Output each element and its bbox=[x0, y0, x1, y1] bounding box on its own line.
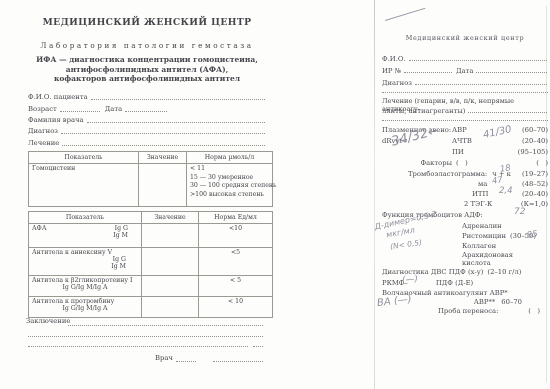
afa-ig-list: Ig G Ig M bbox=[113, 225, 138, 239]
chk-norm: (19–27) bbox=[522, 170, 548, 178]
assay-heading-line-2: антифосфолипидных антител (АФА), bbox=[20, 65, 274, 75]
annexin-label: Антитела к аннексину V bbox=[32, 249, 138, 256]
value-cell bbox=[142, 224, 199, 248]
afa-cell: АФА Ig G Ig M bbox=[29, 224, 142, 248]
homocysteine-norm-cell: < 11 15 — 30 умеренное 30 — 100 средняя … bbox=[187, 164, 273, 207]
handwritten-rkmf-value: (—) bbox=[402, 274, 419, 286]
factors-norm: ( ) bbox=[536, 159, 548, 167]
treatment-line bbox=[62, 139, 265, 146]
date-label: Дата bbox=[105, 105, 122, 113]
age-date-row: Возраст Дата bbox=[28, 105, 168, 113]
col-indicator: Показатель bbox=[29, 152, 139, 164]
norm-line: 15 — 30 умеренное bbox=[190, 174, 269, 183]
col-value: Значение bbox=[139, 152, 187, 164]
diagnosis-line bbox=[415, 78, 547, 85]
table-row: Антитела к протромбину Ig G/Ig M/Ig A < … bbox=[29, 297, 273, 318]
patient-fio-line bbox=[91, 93, 265, 100]
ristomycin-label: Ристомицин bbox=[462, 232, 506, 240]
treatment-note-line-2: лянты, антиагреганты) bbox=[382, 107, 465, 115]
table-header-row: Показатель Значение Норма Ед/мл bbox=[29, 212, 273, 224]
transfer-paren: ( ) bbox=[528, 307, 540, 315]
ig-line: Ig M bbox=[32, 263, 126, 270]
prothrombin-cell: Антитела к протромбину Ig G/Ig M/Ig A bbox=[29, 297, 142, 318]
treatment-note-line-2-row: лянты, антиагреганты) bbox=[382, 106, 548, 115]
doctor-line bbox=[87, 116, 265, 123]
arachidonic-label-1: Арахидоновая bbox=[462, 251, 513, 259]
norm-line: 30 — 100 средняя степень bbox=[190, 182, 269, 191]
assay-heading: ИФА — диагностика концентрации гомоцисте… bbox=[20, 55, 274, 84]
diagnosis-row: Диагноз bbox=[28, 127, 266, 135]
norm-cell: < 5 bbox=[199, 276, 273, 297]
handwritten-adf-value: 72 bbox=[514, 207, 525, 217]
value-cell bbox=[142, 276, 199, 297]
lab-subtitle: Лаборатория патологии гемостаза bbox=[28, 41, 266, 50]
norm-line: >100 высокая степень bbox=[190, 191, 269, 200]
annexin-ig-list: Ig G Ig M bbox=[32, 256, 138, 270]
dvs-norm: (2–10 г/л) bbox=[487, 268, 521, 276]
homocysteine-label: Гомоцистеин bbox=[29, 164, 139, 207]
factors-label: Факторы bbox=[382, 159, 452, 167]
diagnosis-line bbox=[61, 127, 265, 134]
col-norm: Норма µмоль/л bbox=[187, 152, 273, 164]
doctor-signature-line bbox=[176, 361, 196, 362]
date-line bbox=[125, 105, 167, 112]
teg-label: Тромбоэластограмма: bbox=[408, 170, 487, 178]
norm-line: < 11 bbox=[190, 165, 269, 174]
adrenaline-label: Адреналин bbox=[462, 222, 502, 230]
prothrombin-ig-list: Ig G/Ig M/Ig A bbox=[32, 305, 138, 312]
doctor-label: Фамилия врача bbox=[28, 116, 84, 124]
fio-label: Ф.И.О. bbox=[382, 55, 406, 63]
ma-norm: (48–52) bbox=[522, 180, 548, 188]
norm-cell: < 10 bbox=[199, 297, 273, 318]
conclusion-line bbox=[68, 325, 263, 326]
b2gp-cell: Антитела к β2гликопротеину I Ig G/Ig M/I… bbox=[29, 276, 142, 297]
doctor-row: Фамилия врача bbox=[28, 116, 266, 124]
transfer-row: Проба переноса: ( ) bbox=[382, 307, 548, 315]
handwritten-ristomycin-value: 85 bbox=[526, 229, 538, 241]
treatment-row: Лечение bbox=[28, 139, 266, 147]
teg-ma-row: ма (48–52) bbox=[382, 180, 548, 188]
antibody-table: Показатель Значение Норма Ед/мл АФА Ig G… bbox=[28, 211, 273, 318]
pen-stroke-mark bbox=[385, 8, 425, 21]
teg-chk-row: Тромбоэластограмма: ч + к (19–27) bbox=[382, 170, 548, 178]
conclusion-label: Заключение bbox=[26, 317, 70, 325]
treatment-label: Лечение bbox=[28, 139, 59, 147]
avr2-norm: 60–70 bbox=[501, 298, 522, 306]
avr2-label: АВР** bbox=[474, 298, 496, 306]
patient-fio-row: Ф.И.О. пациента bbox=[28, 93, 266, 101]
date-line bbox=[476, 66, 547, 73]
col-value: Значение bbox=[142, 212, 199, 224]
value-cell bbox=[142, 297, 199, 318]
pi-label: ПИ bbox=[452, 148, 464, 156]
age-label: Возраст bbox=[28, 105, 57, 113]
clinic-title: МЕДИЦИНСКИЙ ЖЕНСКИЙ ЦЕНТР bbox=[28, 17, 266, 28]
collagen-label: Коллаген bbox=[462, 242, 496, 250]
ir-line bbox=[404, 66, 452, 73]
table-row: Антитела к аннексину V Ig G Ig M <5 bbox=[29, 248, 273, 276]
assay-heading-line-1: ИФА — диагностика концентрации гомоцисте… bbox=[20, 55, 274, 65]
dvs-label: Диагностика ДВС ПДФ (х-у) bbox=[382, 268, 483, 276]
arachidonic-label-2: кислота bbox=[462, 259, 491, 267]
norm-cell: <10 bbox=[199, 224, 273, 248]
transfer-label: Проба переноса: bbox=[438, 307, 498, 315]
conclusion-line bbox=[28, 336, 263, 337]
patient-fio-label: Ф.И.О. пациента bbox=[28, 93, 88, 101]
conclusion-line bbox=[28, 346, 248, 347]
treatment-line bbox=[468, 106, 547, 113]
assay-heading-line-3: кофакторов антифосфолипидных антител bbox=[20, 74, 274, 84]
diagnosis-label: Диагноз bbox=[382, 79, 412, 87]
doctor-signature-line bbox=[213, 361, 263, 362]
conclusion-line bbox=[253, 346, 263, 347]
ir-date-row: ИР № Дата bbox=[382, 66, 548, 75]
clinic-title-small: Медицинский женский центр bbox=[382, 34, 548, 42]
teg2-label: 2 ТЭГ-К bbox=[464, 200, 492, 208]
homocysteine-value-cell bbox=[139, 164, 187, 207]
teg-itp-row: ИТП (20–40) bbox=[382, 190, 548, 198]
achtv-norm: (20–40) bbox=[522, 137, 548, 145]
homocysteine-table: Показатель Значение Норма µмоль/л Гомоци… bbox=[28, 151, 273, 207]
age-line bbox=[60, 105, 100, 112]
value-cell bbox=[142, 248, 199, 276]
handwritten-ma-value: 47 bbox=[491, 175, 503, 186]
itp-norm: (20–40) bbox=[522, 190, 548, 198]
handwritten-chk-value: 18 bbox=[499, 163, 511, 174]
date-label: Дата bbox=[456, 67, 473, 75]
ig-line: Ig G bbox=[32, 256, 126, 263]
diagnosis-row: Диагноз bbox=[382, 78, 548, 87]
page-fold-line bbox=[374, 0, 375, 389]
arachidonic-row-1: Арахидоновая bbox=[382, 251, 548, 259]
handwritten-itp-value: 2,4 bbox=[499, 186, 513, 196]
diagnosis-label: Диагноз bbox=[28, 127, 58, 135]
table-row: АФА Ig G Ig M <10 bbox=[29, 224, 273, 248]
annexin-cell: Антитела к аннексину V Ig G Ig M bbox=[29, 248, 142, 276]
fio-row: Ф.И.О. bbox=[382, 54, 548, 63]
ig-line: Ig G bbox=[113, 225, 128, 232]
ig-line: Ig M bbox=[113, 232, 128, 239]
ma-label: ма bbox=[478, 180, 487, 188]
col-norm: Норма Ед/мл bbox=[199, 212, 273, 224]
pi-norm: (95–105) bbox=[518, 148, 548, 156]
table-header-row: Показатель Значение Норма µмоль/л bbox=[29, 152, 273, 164]
itp-label: ИТП bbox=[472, 190, 488, 198]
ir-label: ИР № bbox=[382, 67, 401, 75]
avr-label: АВР bbox=[452, 126, 467, 134]
achtv-label: АЧТВ bbox=[452, 137, 472, 145]
afa-label: АФА bbox=[32, 225, 47, 239]
pdf-label: ПДФ (Д-Е) bbox=[436, 279, 473, 287]
factors-paren: ( ) bbox=[456, 159, 468, 167]
section-separator bbox=[382, 120, 548, 121]
arachidonic-row-2: кислота bbox=[382, 259, 548, 267]
scanned-medical-form: МЕДИЦИНСКИЙ ЖЕНСКИЙ ЦЕНТР Лаборатория па… bbox=[0, 0, 550, 389]
doctor-signature-label: Врач bbox=[155, 354, 173, 362]
b2gp-label: Антитела к β2гликопротеину I bbox=[32, 277, 138, 284]
prothrombin-label: Антитела к протромбину bbox=[32, 298, 138, 305]
norm-cell: <5 bbox=[199, 248, 273, 276]
section-separator bbox=[382, 92, 548, 93]
table-row: Антитела к β2гликопротеину I Ig G/Ig M/I… bbox=[29, 276, 273, 297]
homocysteine-row: Гомоцистеин < 11 15 — 30 умеренное 30 — … bbox=[29, 164, 273, 207]
b2gp-ig-list: Ig G/Ig M/Ig A bbox=[32, 284, 138, 291]
pi-row: ПИ (95–105) bbox=[382, 148, 548, 156]
avr-norm: (60–70) bbox=[522, 126, 548, 134]
factors-row: Факторы ( ) ( ) bbox=[382, 159, 548, 167]
fio-line bbox=[409, 54, 547, 61]
col-indicator: Показатель bbox=[29, 212, 142, 224]
